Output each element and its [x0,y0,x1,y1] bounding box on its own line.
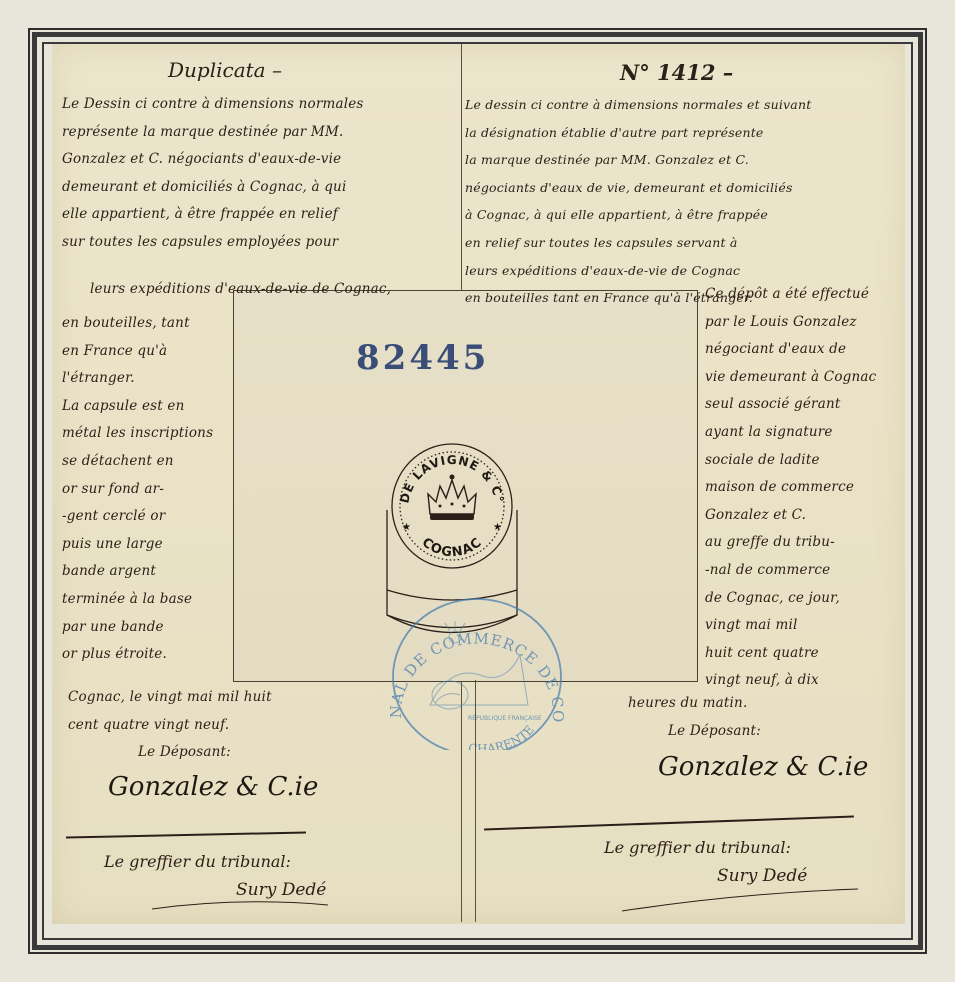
svg-text:CHARENTE: CHARENTE [468,723,537,750]
deposit-number-title: N° 1412 – [620,60,733,85]
svg-text:★: ★ [493,522,502,533]
right-greffier-signature: Sury Dedé [717,866,807,886]
left-wide-line: leurs expéditions d'eaux-de-vie de Cogna… [90,276,391,304]
right-signature-flourish [620,885,860,915]
right-greffier-label: Le greffier du tribunal: [604,838,791,857]
right-depositor-signature: Gonzalez & C.ie [658,752,868,782]
left-depositor-signature: Gonzalez & C.ie [108,772,318,802]
svg-text:★: ★ [402,522,411,533]
lower-fold-line [475,680,476,922]
left-paragraph-top: Le Dessin ci contre à dimensions normale… [62,91,364,257]
duplicata-title: Duplicata – [168,58,282,82]
left-closing-text: Cognac, le vingt mai mil huit cent quatr… [68,684,272,767]
right-paragraph-top: Le dessin ci contre à dimensions normale… [465,91,811,312]
seal-inner-text: RÉPUBLIQUE FRANÇAISE [468,714,542,722]
left-signature-flourish [150,895,330,915]
left-greffier-label: Le greffier du tribunal: [104,852,291,871]
registration-number-stamp: 82445 [356,338,489,378]
tribunal-seal: TRIBUNAL DE COMMERCE DE COGNAC CHARENTE … [390,595,565,750]
seal-outer-text: TRIBUNAL DE COMMERCE DE COGNAC [390,595,565,724]
svg-text:TRIBUNAL DE COMMERCE DE COGNAC: TRIBUNAL DE COMMERCE DE COGNAC [390,595,565,724]
right-paragraph-column: Ce dépôt a été effectué par le Louis Gon… [705,281,876,695]
seal-bottom-text: CHARENTE [468,723,537,750]
right-closing-text: heures du matin. Le Déposant: [628,690,761,745]
left-paragraph-column: en bouteilles, tant en France qu'à l'étr… [62,310,213,669]
